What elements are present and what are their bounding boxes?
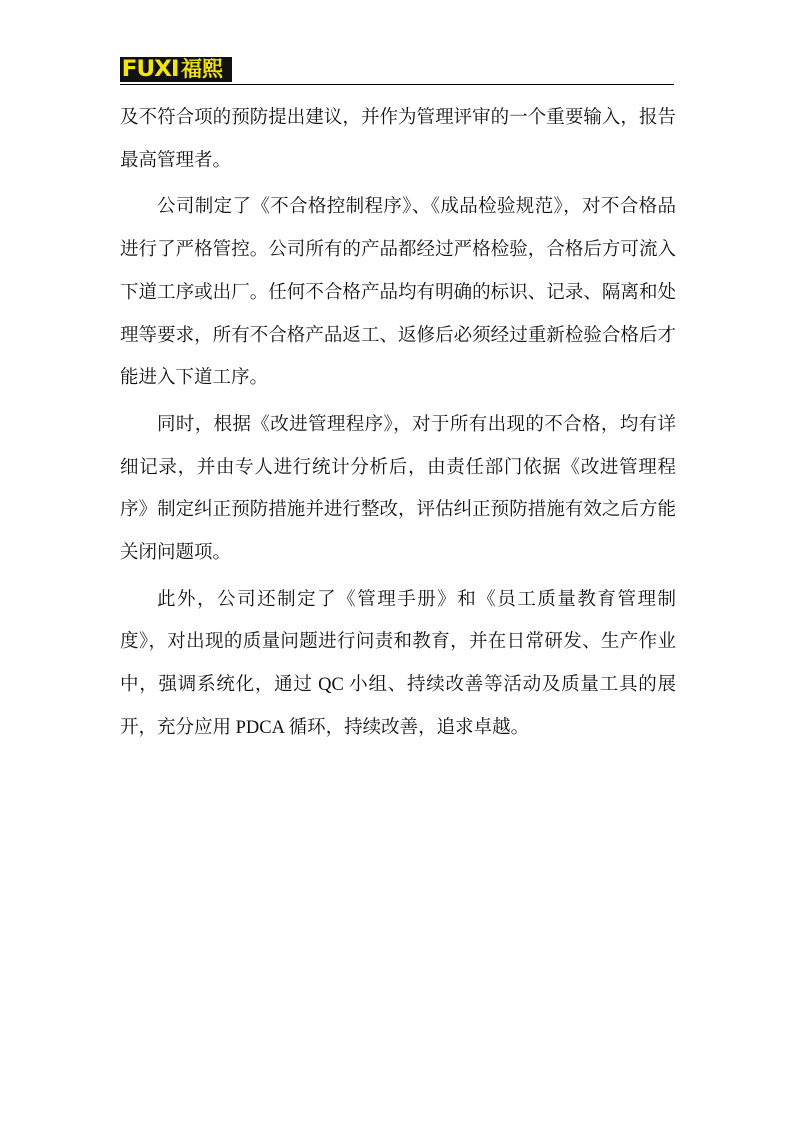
company-logo: FUXI 福熙 [120,57,232,82]
document-body: 及不符合项的预防提出建议，并作为管理评审的一个重要输入，报告最高管理者。 公司制… [120,97,676,750]
paragraph-nonconformance-control: 公司制定了《不合格控制程序》、《成品检验规范》，对不合格品进行了严格管控。公司所… [120,186,676,400]
logo-chinese-text: 福熙 [181,57,223,82]
paragraph-continuation: 及不符合项的预防提出建议，并作为管理评审的一个重要输入，报告最高管理者。 [120,97,676,182]
page-header: FUXI 福熙 [120,57,674,85]
paragraph-improvement-procedure: 同时，根据《改进管理程序》，对于所有出现的不合格，均有详细记录，并由专人进行统计… [120,404,676,575]
header-divider [120,84,674,85]
paragraph-quality-education: 此外，公司还制定了《管理手册》和《员工质量教育管理制度》，对出现的质量问题进行问… [120,579,676,750]
logo-latin-text: FUXI [122,57,179,82]
